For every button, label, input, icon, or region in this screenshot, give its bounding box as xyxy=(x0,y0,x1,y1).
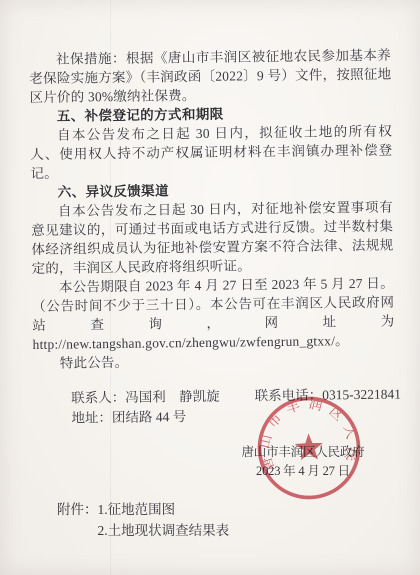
attachment-item-survey-table: 2.土地现状调查结果表 xyxy=(98,520,230,541)
contact-row-person-phone: 联系人：冯国利 静凯旋联系电话：0315-3221841 xyxy=(71,385,395,409)
attachments-label: 附件： xyxy=(57,499,98,541)
paragraph-closing: 特此公告。 xyxy=(33,350,395,373)
contact-phone-label: 联系电话： xyxy=(255,387,323,403)
contact-address-label: 地址： xyxy=(71,410,112,425)
paragraph-feedback-channel: 自本公告发布之日起 30 日内，对征地补偿安置事项有意见建议的，可通过书面或电话… xyxy=(31,198,394,278)
contact-address-value: 团结路 44 号 xyxy=(112,409,186,425)
signature-block: 唐山市丰润区人民政府 2023 年 4 月 27 日 xyxy=(203,443,403,480)
paragraph-notice-period: 本公告期限自 2023 年 4 月 27 日至 2023 年 5 月 27 日。… xyxy=(32,274,395,354)
attachments-list: 1.征地范围图 2.土地现状调查结果表 xyxy=(98,499,230,541)
contact-person-names: 冯国利 静凯旋 xyxy=(125,389,220,405)
attachments-block: 附件： 1.征地范围图 2.土地现状调查结果表 xyxy=(57,499,229,541)
scanned-announcement-page: 社保措施：根据《唐山市丰润区被征地农民参加基本养老保险实施方案》（丰润政函〔20… xyxy=(0,0,420,575)
contact-person-label: 联系人： xyxy=(71,390,125,406)
attachment-item-map: 1.征地范围图 xyxy=(98,499,230,520)
contact-block: 联系人：冯国利 静凯旋联系电话：0315-3221841 地址：团结路 44 号 xyxy=(71,385,395,429)
announcement-body: 社保措施：根据《唐山市丰润区被征地农民参加基本养老保险实施方案》（丰润政函〔20… xyxy=(29,46,396,429)
signature-org-name: 唐山市丰润区人民政府 xyxy=(203,443,403,462)
paragraph-registration: 自本公告发布之日起 30 日内，拟征收土地的所有权人、使用权人持不动产权属证明材… xyxy=(30,122,393,183)
contact-phone-number: 0315-3221841 xyxy=(322,386,401,402)
signature-date: 2023 年 4 月 27 日 xyxy=(203,462,403,481)
paragraph-social-security: 社保措施：根据《唐山市丰润区被征地农民参加基本养老保险实施方案》（丰润政函〔20… xyxy=(29,46,392,107)
contact-row-address: 地址：团结路 44 号 xyxy=(71,405,395,429)
